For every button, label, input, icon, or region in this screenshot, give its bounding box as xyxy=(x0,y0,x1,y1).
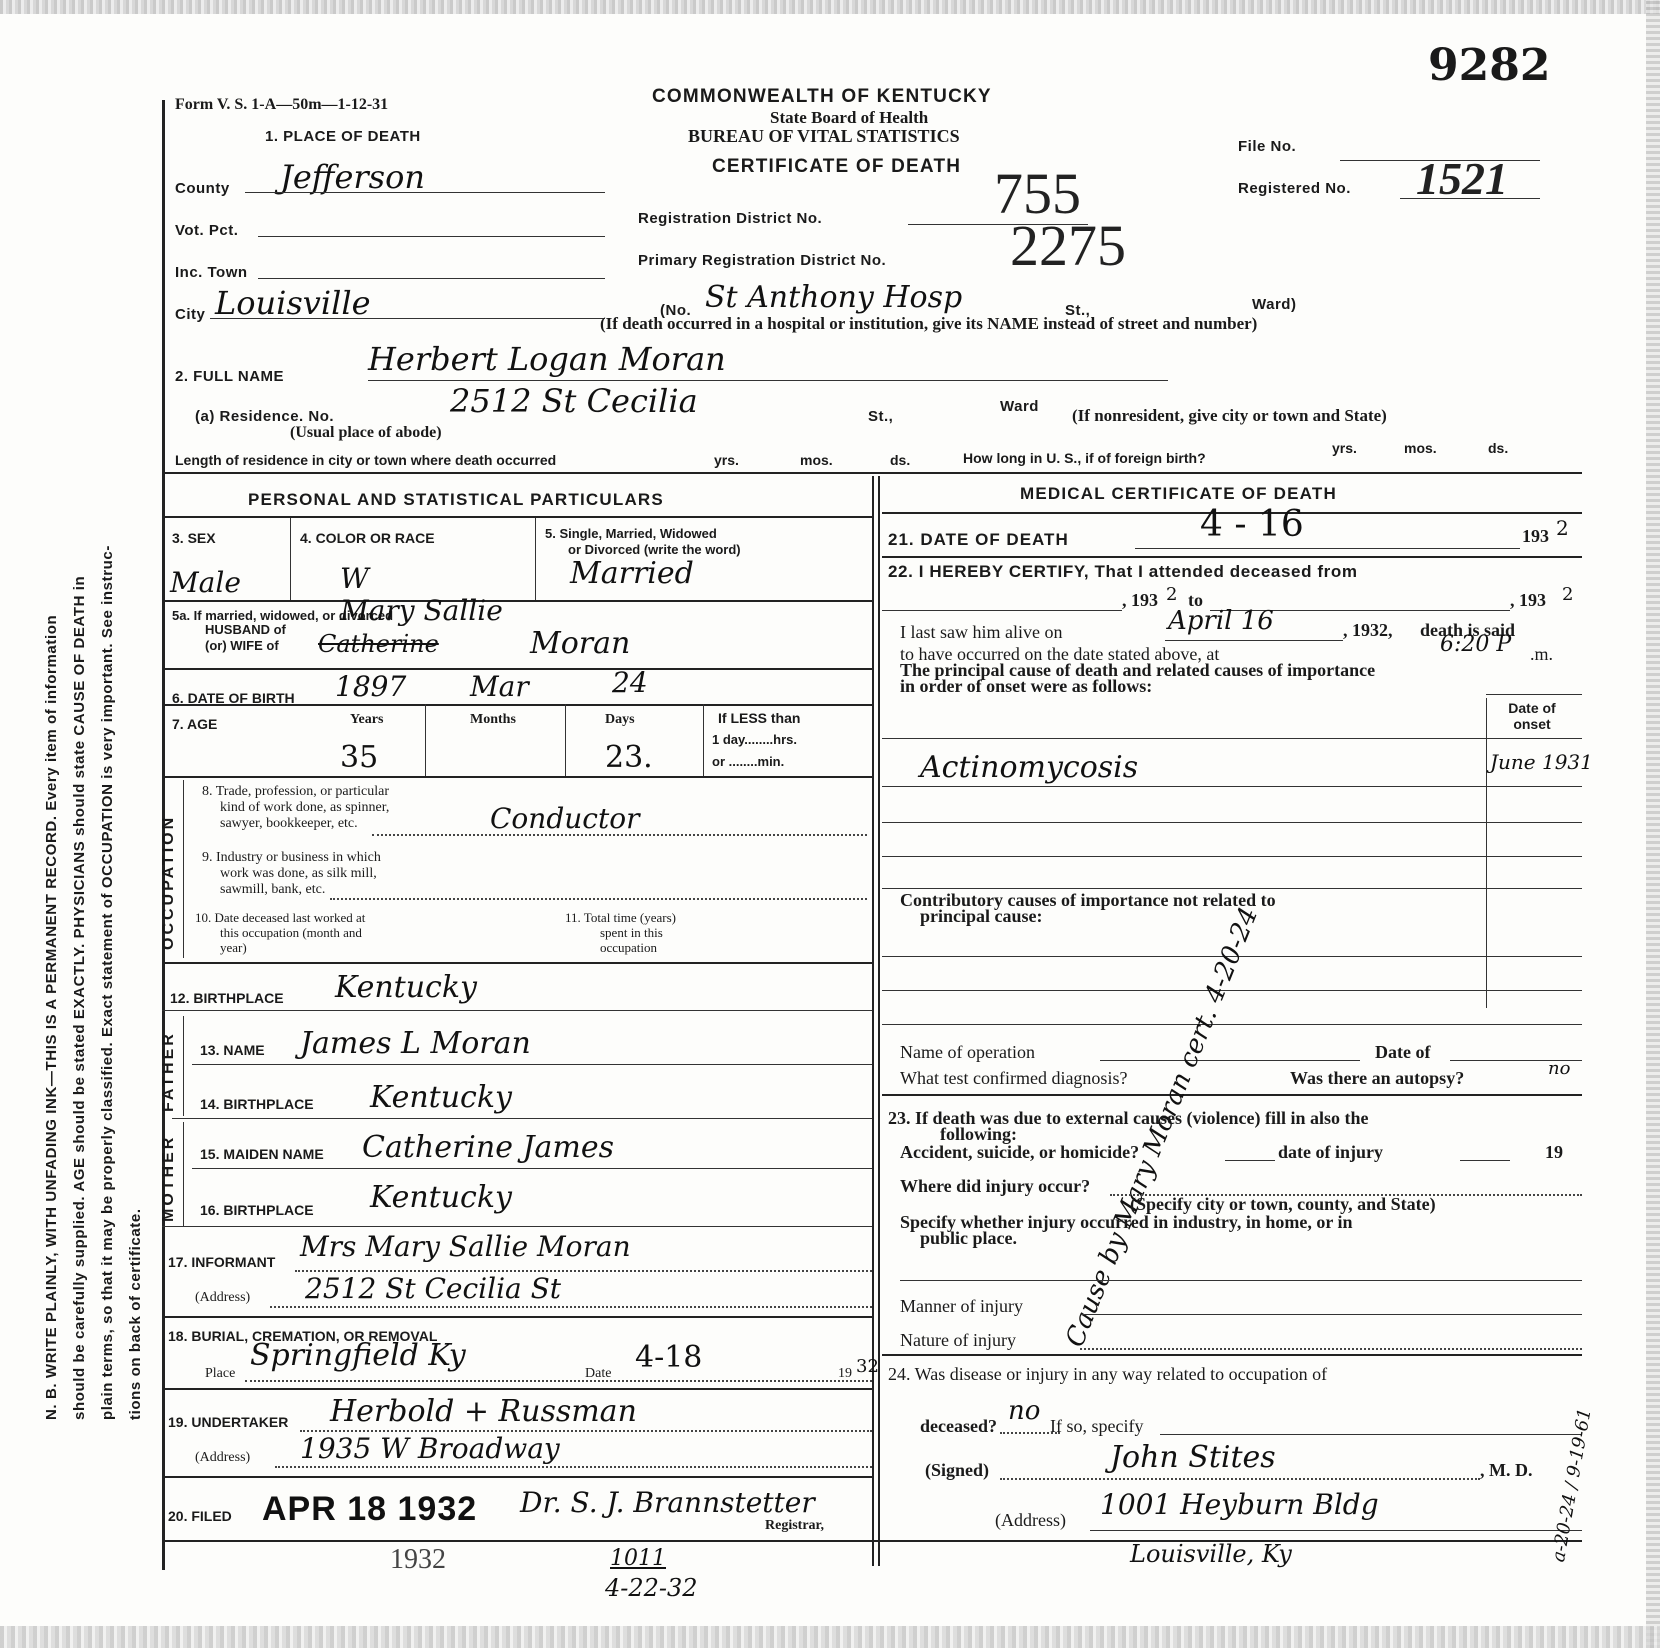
age-years-divider xyxy=(425,704,426,776)
burial-date-value: 4-18 xyxy=(635,1340,702,1375)
city-label: City xyxy=(175,306,205,323)
nonresident-note: (If nonresident, give city or town and S… xyxy=(1072,406,1387,426)
occupation-bracket xyxy=(183,780,184,958)
informant-address-value: 2512 St Cecilia St xyxy=(305,1272,561,1305)
medical-section-title: MEDICAL CERTIFICATE OF DEATH xyxy=(1020,484,1337,504)
last-worked-label-2: this occupation (month and xyxy=(220,925,362,941)
md-label: , M. D. xyxy=(1480,1460,1533,1481)
usual-place-label: (Usual place of abode) xyxy=(290,424,442,442)
physician-address-label: (Address) xyxy=(995,1510,1066,1531)
residence-value: 2512 St Cecilia xyxy=(450,382,698,420)
registered-no-line xyxy=(1400,198,1540,199)
birthplace-line xyxy=(162,1010,872,1011)
cause-value: Actinomycosis xyxy=(920,750,1138,785)
last-saw-value: April 16 xyxy=(1168,606,1274,636)
from-year-value: 2 xyxy=(1166,584,1177,605)
spouse-label-2: HUSBAND of xyxy=(205,622,286,637)
cause-line-3 xyxy=(882,822,1582,823)
to-year-prefix: , 193 xyxy=(1510,590,1546,611)
vot-pct-line xyxy=(258,236,605,237)
length-yrs-label: yrs. xyxy=(714,452,739,468)
sex-value: Male xyxy=(170,566,241,599)
physician-signature: John Stites xyxy=(1110,1440,1276,1475)
last-worked-label-3: year) xyxy=(220,940,247,956)
age-days-value: 23. xyxy=(605,740,653,775)
specify-whether-label-2: public place. xyxy=(920,1228,1017,1249)
side-note-line-4: tions on back of certificate. xyxy=(122,545,150,1420)
age-months-divider xyxy=(565,704,566,776)
contributory-label-2: principal cause: xyxy=(920,906,1043,927)
foreign-yrs-label: yrs. xyxy=(1332,440,1357,456)
city-value: Louisville xyxy=(215,284,371,322)
mother-maiden-label: 15. MAIDEN NAME xyxy=(200,1146,324,1162)
filed-stamp: APR 18 1932 xyxy=(262,1490,477,1529)
age-label: 7. AGE xyxy=(172,716,217,732)
residence-st-label: St., xyxy=(868,408,893,425)
side-note-line-1: N. B. WRITE PLAINLY, WITH UNFADING INK—T… xyxy=(38,545,66,1420)
age-months-label: Months xyxy=(470,712,516,728)
mother-maiden-line xyxy=(192,1168,872,1169)
nature-line xyxy=(1080,1348,1582,1350)
date-of-death-value: 4 - 16 xyxy=(1200,504,1304,545)
trade-dotted-line xyxy=(372,834,867,836)
age-row-line xyxy=(162,776,872,778)
physician-address-line2: Louisville, Ky xyxy=(1130,1540,1292,1568)
city-line xyxy=(210,318,605,319)
age-years-label: Years xyxy=(350,712,383,728)
title-bureau: BUREAU OF VITAL STATISTICS xyxy=(688,126,960,147)
operation-label: Name of operation xyxy=(900,1042,1035,1063)
burial-place-label: Place xyxy=(205,1366,235,1382)
industry-label-1: 9. Industry or business in which xyxy=(202,850,381,866)
dob-row-line xyxy=(162,704,872,706)
father-name-label: 13. NAME xyxy=(200,1042,265,1058)
title-commonwealth: COMMONWEALTH OF KENTUCKY xyxy=(652,86,992,108)
marital-label-2: or Divorced (write the word) xyxy=(568,542,741,557)
occupation-bottom-line xyxy=(162,962,872,964)
marital-label-1: 5. Single, Married, Widowed xyxy=(545,526,717,541)
manner-of-injury-label: Manner of injury xyxy=(900,1296,1023,1317)
header-divider xyxy=(162,472,1582,474)
scan-edge-right xyxy=(1646,0,1660,1648)
age-days-label: Days xyxy=(605,712,635,728)
physician-address-value: 1001 Heyburn Bldg xyxy=(1100,1488,1379,1521)
undertaker-address-label: (Address) xyxy=(195,1450,250,1466)
time-suffix: .m. xyxy=(1530,644,1553,665)
accident-line xyxy=(1225,1160,1275,1161)
trade-label-2: kind of work done, as spinner, xyxy=(220,800,389,816)
center-column-divider xyxy=(872,476,874,1566)
inc-town-line xyxy=(258,278,605,279)
onset-value: June 1931 xyxy=(1490,750,1593,774)
foreign-mos-label: mos. xyxy=(1404,440,1437,456)
spouse-value-line1: Mary Sallie xyxy=(340,594,503,627)
registrar-signature: Dr. S. J. Brannstetter xyxy=(520,1486,815,1519)
length-ds-label: ds. xyxy=(890,452,910,468)
trade-label-1: 8. Trade, profession, or particular xyxy=(202,784,389,800)
mother-vertical-label: MOTHER xyxy=(160,1135,178,1222)
burial-year-value: 32 xyxy=(856,1356,879,1377)
test-confirmed-label: What test confirmed diagnosis? xyxy=(900,1068,1127,1089)
center-column-divider-2 xyxy=(878,476,880,1566)
contributory-line-3 xyxy=(882,1024,1582,1025)
operation-row-line xyxy=(882,1094,1582,1096)
date-of-death-year-value: 2 xyxy=(1556,516,1569,540)
injury-bottom-line xyxy=(882,1354,1582,1356)
accident-label: Accident, suicide, or homicide? xyxy=(900,1142,1139,1163)
mother-birthplace-label: 16. BIRTHPLACE xyxy=(200,1202,314,1218)
undertaker-address-value: 1935 W Broadway xyxy=(300,1432,560,1465)
cause-line-5 xyxy=(882,888,1582,889)
registrar-note-top: 1011 xyxy=(610,1546,666,1571)
hospital-value: St Anthony Hosp xyxy=(705,280,962,315)
spouse-label-3: (or) WIFE of xyxy=(205,638,279,653)
scan-edge-top xyxy=(0,0,1660,14)
registered-no-label: Registered No. xyxy=(1238,180,1351,197)
father-birthplace-value: Kentucky xyxy=(370,1080,512,1115)
informant-address-label: (Address) xyxy=(195,1290,250,1306)
deceased-value: no xyxy=(1008,1396,1040,1426)
form-code: Form V. S. 1-A—50m—1-12-31 xyxy=(175,96,388,114)
principal-cause-label-2: in order of onset were as follows: xyxy=(900,676,1152,697)
father-vertical-label: FATHER xyxy=(160,1031,178,1112)
date-of-label: Date of xyxy=(1375,1042,1430,1063)
sex-divider xyxy=(290,518,291,600)
mother-birthplace-line xyxy=(162,1226,872,1227)
total-time-label-1: 11. Total time (years) xyxy=(565,910,676,926)
mother-birthplace-value: Kentucky xyxy=(370,1180,512,1215)
if-so-line xyxy=(1160,1434,1582,1435)
burial-bottom-line xyxy=(162,1388,872,1390)
top-number: 9282 xyxy=(1428,40,1550,91)
onset-column-divider xyxy=(1486,698,1487,1008)
father-name-line xyxy=(192,1064,872,1065)
side-instructions: N. B. WRITE PLAINLY, WITH UNFADING INK—T… xyxy=(38,545,150,1420)
date-of-onset-label: Date of onset xyxy=(1494,700,1570,732)
industry-label-2: work was done, as silk mill, xyxy=(220,866,377,882)
date-of-death-year-prefix: 193 xyxy=(1522,526,1549,547)
registrar-note-bottom: 4-22-32 xyxy=(605,1574,698,1602)
cause-line-4 xyxy=(882,856,1582,857)
burial-dotted-line xyxy=(245,1380,872,1382)
from-year-prefix: , 193 xyxy=(1122,590,1158,611)
place-of-death-heading: 1. PLACE OF DEATH xyxy=(265,128,421,145)
foreign-ds-label: ds. xyxy=(1488,440,1508,456)
undertaker-label: 19. UNDERTAKER xyxy=(168,1414,288,1430)
race-value: W xyxy=(340,562,369,595)
informant-address-dotted-line xyxy=(270,1306,872,1308)
title-board: State Board of Health xyxy=(770,108,928,128)
county-line xyxy=(245,192,605,193)
onset-header-line xyxy=(1486,694,1582,695)
spouse-value-line2: Moran xyxy=(530,626,630,661)
occupation-related-label: 24. Was disease or injury in any way rel… xyxy=(888,1364,1327,1385)
sex-row-line xyxy=(162,600,872,602)
primary-district-value: 2275 xyxy=(1010,212,1126,279)
industry-label-3: sawmill, bank, etc. xyxy=(220,882,325,898)
birthplace-label: 12. BIRTHPLACE xyxy=(170,990,284,1006)
filed-bottom-line xyxy=(162,1540,1582,1542)
inc-town-label: Inc. Town xyxy=(175,264,248,281)
dob-year: 1897 xyxy=(335,670,406,703)
date-of-death-label: 21. DATE OF DEATH xyxy=(888,530,1069,550)
date-of-death-line xyxy=(1135,548,1520,549)
informant-value: Mrs Mary Sallie Moran xyxy=(300,1230,631,1263)
mother-maiden-value: Catherine James xyxy=(362,1130,614,1165)
title-certificate: CERTIFICATE OF DEATH xyxy=(712,156,961,178)
deceased-label: deceased? xyxy=(920,1416,997,1437)
spouse-struck-name: Catherine xyxy=(318,630,439,658)
age-years-value: 35 xyxy=(340,740,378,775)
less-day-label: 1 day........hrs. xyxy=(712,732,797,747)
residence-ward-label: Ward xyxy=(1000,398,1039,415)
trade-value: Conductor xyxy=(490,802,639,835)
cause-line-2 xyxy=(882,786,1582,787)
filed-label: 20. FILED xyxy=(168,1508,232,1524)
county-label: County xyxy=(175,180,230,197)
nature-of-injury-label: Nature of injury xyxy=(900,1330,1016,1351)
file-no-label: File No. xyxy=(1238,138,1296,155)
foreign-birth-label: How long in U. S., if of foreign birth? xyxy=(963,450,1206,466)
registration-district-label: Registration District No. xyxy=(638,210,822,227)
physician-address-line xyxy=(1090,1530,1582,1531)
mother-bracket xyxy=(183,1122,184,1226)
injury-date-line xyxy=(1460,1160,1510,1161)
autopsy-value: no xyxy=(1548,1058,1570,1079)
date-of-death-row-line xyxy=(882,556,1582,558)
autopsy-label: Was there an autopsy? xyxy=(1290,1068,1464,1089)
occupation-vertical-label: OCCUPATION xyxy=(160,815,178,950)
total-time-label-2: spent in this xyxy=(600,925,663,941)
injury-year-prefix: 19 xyxy=(1545,1142,1563,1163)
signed-line xyxy=(1000,1478,1480,1480)
signed-label: (Signed) xyxy=(925,1460,989,1481)
industry-dotted-line xyxy=(330,898,867,900)
injury-date-label: date of injury xyxy=(1278,1142,1383,1163)
scan-edge-bottom xyxy=(0,1626,1660,1648)
less-or-label: or ........min. xyxy=(712,754,784,769)
undertaker-value: Herbold + Russman xyxy=(330,1394,637,1429)
less-than-label: If LESS than xyxy=(718,710,800,726)
last-saw-year: , 1932, xyxy=(1343,620,1393,641)
length-of-residence-label: Length of residence in city or town wher… xyxy=(175,452,556,468)
attended-from-line xyxy=(882,610,1122,611)
ward-label: Ward) xyxy=(1252,296,1296,313)
manner-line xyxy=(1080,1314,1582,1315)
dob-day: 24 xyxy=(612,666,648,699)
personal-section-title: PERSONAL AND STATISTICAL PARTICULARS xyxy=(248,490,664,510)
birthplace-value: Kentucky xyxy=(335,970,477,1005)
sex-label: 3. SEX xyxy=(172,530,216,546)
certify-label: 22. I HEREBY CERTIFY, That I attended de… xyxy=(888,562,1358,582)
informant-bottom-line xyxy=(162,1316,872,1318)
father-bracket xyxy=(183,1016,184,1116)
undertaker-address-dotted-line xyxy=(275,1466,872,1468)
stamp-year-below: 1932 xyxy=(390,1544,446,1576)
full-name-line xyxy=(368,380,1168,381)
informant-label: 17. INFORMANT xyxy=(168,1254,275,1270)
age-days-divider xyxy=(703,704,704,776)
margin-note-right: a-20-24 / 9-19-61 xyxy=(1548,1407,1596,1564)
last-saw-label: I last saw him alive on xyxy=(900,622,1062,643)
personal-title-line xyxy=(162,516,872,518)
father-birthplace-line xyxy=(172,1118,872,1119)
specify-whether-line xyxy=(900,1280,1582,1281)
operation-line xyxy=(1100,1060,1360,1061)
trade-label-3: sawyer, bookkeeper, etc. xyxy=(220,816,358,832)
hospital-note: (If death occurred in a hospital or inst… xyxy=(600,314,1257,334)
to-year-value: 2 xyxy=(1562,584,1573,605)
time-of-death-value: 6:20 P xyxy=(1440,632,1511,657)
county-value: Jefferson xyxy=(280,158,425,196)
registrar-label: Registrar, xyxy=(765,1518,824,1534)
dob-month: Mar xyxy=(470,670,529,703)
father-birthplace-label: 14. BIRTHPLACE xyxy=(200,1096,314,1112)
father-name-value: James L Moran xyxy=(300,1026,531,1061)
if-so-label: If so, specify xyxy=(1050,1416,1143,1437)
last-worked-label-1: 10. Date deceased last worked at xyxy=(195,910,365,926)
where-injury-label: Where did injury occur? xyxy=(900,1176,1090,1197)
primary-district-label: Primary Registration District No. xyxy=(638,252,886,269)
vot-pct-label: Vot. Pct. xyxy=(175,222,238,239)
side-note-line-3: plain terms, so that it may be properly … xyxy=(94,545,122,1420)
total-time-label-3: occupation xyxy=(600,940,657,956)
length-mos-label: mos. xyxy=(800,452,833,468)
full-name-value: Herbert Logan Moran xyxy=(368,340,726,378)
side-note-line-2: should be carefully supplied. AGE should… xyxy=(66,545,94,1420)
cause-line-1 xyxy=(882,738,1582,739)
race-label: 4. COLOR OR RACE xyxy=(300,530,435,546)
last-saw-line xyxy=(1165,640,1343,641)
race-divider xyxy=(535,518,536,600)
full-name-label: 2. FULL NAME xyxy=(175,368,284,385)
residence-label: (a) Residence. No. xyxy=(195,408,334,425)
marital-value: Married xyxy=(570,556,694,591)
undertaker-bottom-line xyxy=(162,1476,872,1478)
burial-place-value: Springfield Ky xyxy=(250,1338,466,1373)
